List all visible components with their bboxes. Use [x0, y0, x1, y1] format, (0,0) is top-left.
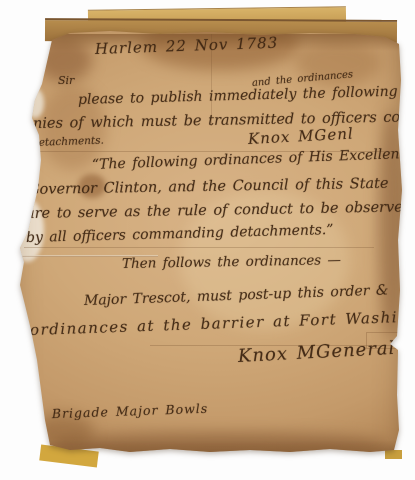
photograph-of-letter: Harlem 22 Nov 1783 Sir and the ordinance…	[0, 0, 415, 480]
aged-paper: Harlem 22 Nov 1783 Sir and the ordinance…	[0, 0, 415, 480]
letter-sheet: Harlem 22 Nov 1783 Sir and the ordinance…	[0, 0, 415, 480]
salutation-text: Sir	[58, 74, 74, 87]
body-line: detachments.	[32, 134, 104, 149]
